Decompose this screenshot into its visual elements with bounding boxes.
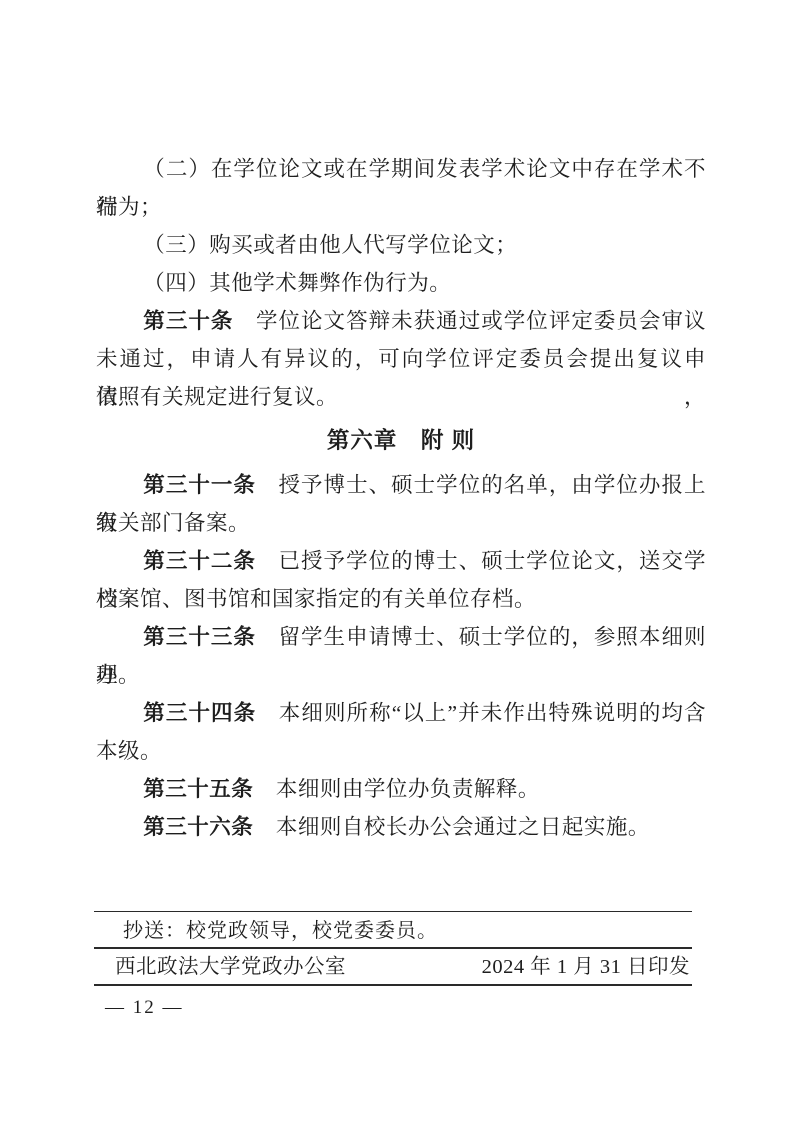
article-number: 第三十四条 <box>143 701 256 725</box>
text-line: 第三十六条本细则自校长办公会通过之日起实施。 <box>96 808 706 846</box>
article-number: 第三十五条 <box>143 777 253 801</box>
text-line: 第三十一条授予博士、硕士学位的名单，由学位办报上级 <box>96 466 706 504</box>
text-line: 第三十五条本细则由学位办负责解释。 <box>96 770 706 808</box>
article-number: 第三十条 <box>143 309 233 333</box>
footer-divider-middle <box>94 947 692 949</box>
article-number: 第三十三条 <box>143 625 256 649</box>
line-text: 本细则自校长办公会通过之日起实施。 <box>276 815 650 839</box>
text-line: 有关部门备案。 <box>96 504 706 542</box>
line-text: 学位论文答辩未获通过或学位评定委员会审议 <box>256 309 706 333</box>
text-line: 第三十四条本细则所称“以上”并未作出特殊说明的均含 <box>96 694 706 732</box>
article-number: 第三十二条 <box>143 549 256 573</box>
footer-issuer: 西北政法大学党政办公室 <box>115 951 346 983</box>
line-text: 本细则所称“以上”并未作出特殊说明的均含 <box>279 701 706 725</box>
text-line: 第三十三条留学生申请博士、硕士学位的，参照本细则办 <box>96 618 706 656</box>
article-number: 第三十一条 <box>143 473 256 497</box>
body-column: （二）在学位论文或在学期间发表学术论文中存在学术不端 行为； （三）购买或者由他… <box>96 150 706 846</box>
text-line: 本级。 <box>96 732 706 770</box>
footer-issuer-row: 西北政法大学党政办公室 2024 年 1 月 31 日印发 <box>94 951 692 983</box>
page-number: — 12 — <box>105 997 184 1019</box>
text-line: （二）在学位论文或在学期间发表学术论文中存在学术不端 <box>96 150 706 188</box>
article-number: 第三十六条 <box>143 815 253 839</box>
document-page: （二）在学位论文或在学期间发表学术论文中存在学术不端 行为； （三）购买或者由他… <box>0 0 793 1122</box>
footer-print-date: 2024 年 1 月 31 日印发 <box>482 951 690 983</box>
text-line: （三）购买或者由他人代写学位论文； <box>96 226 706 264</box>
footer-divider-top <box>94 911 692 912</box>
text-line: 未通过，申请人有异议的，可向学位评定委员会提出复议申请， <box>96 340 706 378</box>
text-line: （四）其他学术舞弊作伪行为。 <box>96 264 706 302</box>
footer-divider-bottom <box>94 984 692 986</box>
text-line: 第三十二条已授予学位的博士、硕士学位论文，送交学校 <box>96 542 706 580</box>
text-line: 档案馆、图书馆和国家指定的有关单位存档。 <box>96 580 706 618</box>
line-text: 本细则由学位办负责解释。 <box>276 777 540 801</box>
text-line: 行为； <box>96 188 706 226</box>
text-line: 第三十条学位论文答辩未获通过或学位评定委员会审议 <box>96 302 706 340</box>
text-line: 理。 <box>96 656 706 694</box>
footer-copy-line: 抄送：校党政领导，校党委委员。 <box>94 915 692 947</box>
chapter-heading: 第六章 附 则 <box>96 416 706 466</box>
